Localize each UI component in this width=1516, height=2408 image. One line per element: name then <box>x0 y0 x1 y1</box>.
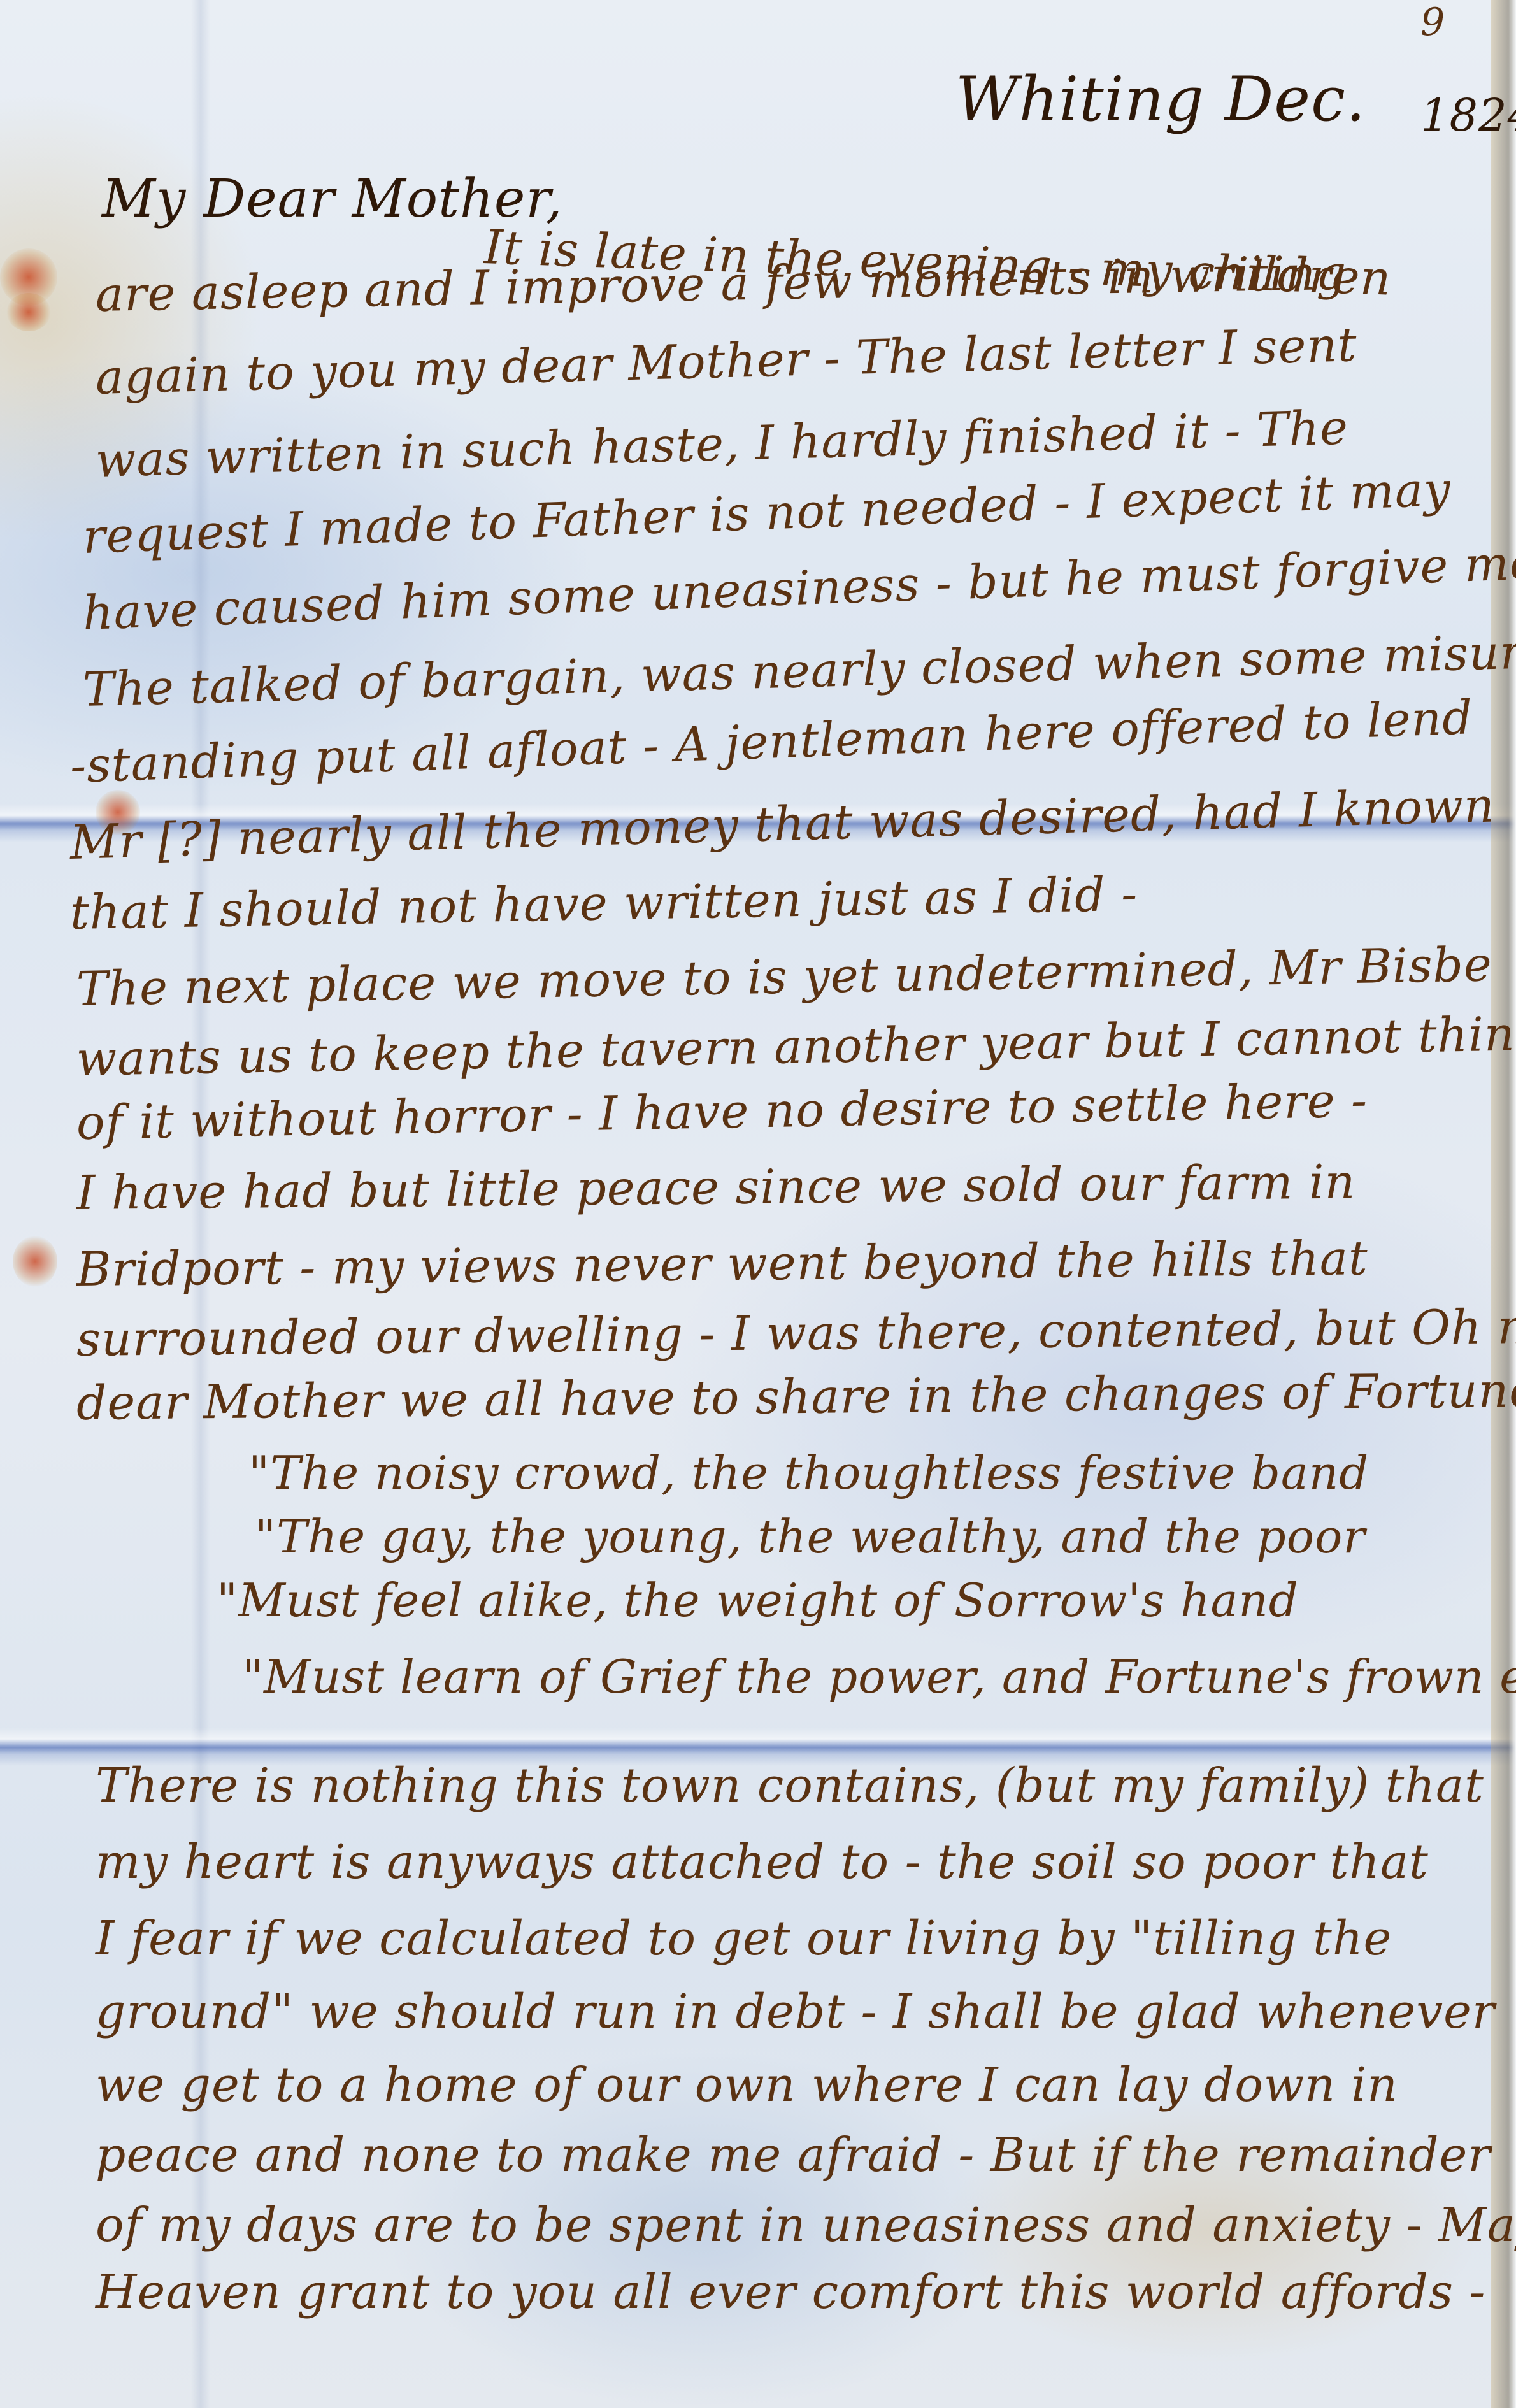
torn-right-edge <box>1491 0 1516 2408</box>
verse-line: "Must learn of Grief the power, and Fort… <box>242 1650 1516 1703</box>
letter-page: 9 Whiting Dec. 1824 My Dear Mother, It i… <box>0 0 1516 2408</box>
rust-stain <box>13 1236 57 1287</box>
closing-line: Heaven grant to you all ever comfort thi… <box>96 2265 1485 2319</box>
body-line: surrounded our dwelling - I was there, c… <box>76 1300 1516 1367</box>
body-line: of it without horror - I have no desire … <box>76 1073 1368 1150</box>
closing-line: my heart is anyways attached to - the so… <box>96 1835 1429 1889</box>
body-line: Bridport - my views never went beyond th… <box>76 1231 1368 1297</box>
closing-line: There is nothing this town contains, (bu… <box>96 1758 1484 1813</box>
closing-line: we get to a home of our own where I can … <box>96 2058 1398 2112</box>
month: Dec. <box>1224 64 1366 135</box>
body-line: are asleep and I improve a few moments i… <box>95 246 1347 322</box>
body-line: that I should not have written just as I… <box>69 867 1138 940</box>
closing-line: ground" we should run in debt - I shall … <box>96 1984 1495 2039</box>
place-heading: Whiting Dec. <box>955 64 1366 135</box>
rust-stain <box>6 293 51 331</box>
verse-line: "Must feel alike, the weight of Sorrow's… <box>217 1573 1299 1627</box>
closing-line: I fear if we calculated to get our livin… <box>96 1911 1392 1966</box>
closing-line: of my days are to be spent in uneasiness… <box>96 2198 1516 2253</box>
body-line: again to you my dear Mother - The last l… <box>95 317 1358 405</box>
page-number: 9 <box>1420 0 1445 45</box>
year: 1824 <box>1420 89 1516 141</box>
body-line: dear Mother we all have to share in the … <box>76 1363 1516 1431</box>
verse-line: "The gay, the young, the wealthy, and th… <box>255 1510 1366 1563</box>
closing-line: peace and none to make me afraid - But i… <box>96 2128 1491 2182</box>
verse-line: "The noisy crowd, the thoughtless festiv… <box>248 1446 1369 1500</box>
body-line: The next place we move to is yet undeter… <box>76 937 1492 1017</box>
body-line: Mr [?] nearly all the money that was des… <box>69 778 1496 870</box>
place: Whiting <box>955 64 1205 135</box>
body-line: I have had but little peace since we sol… <box>76 1154 1356 1221</box>
